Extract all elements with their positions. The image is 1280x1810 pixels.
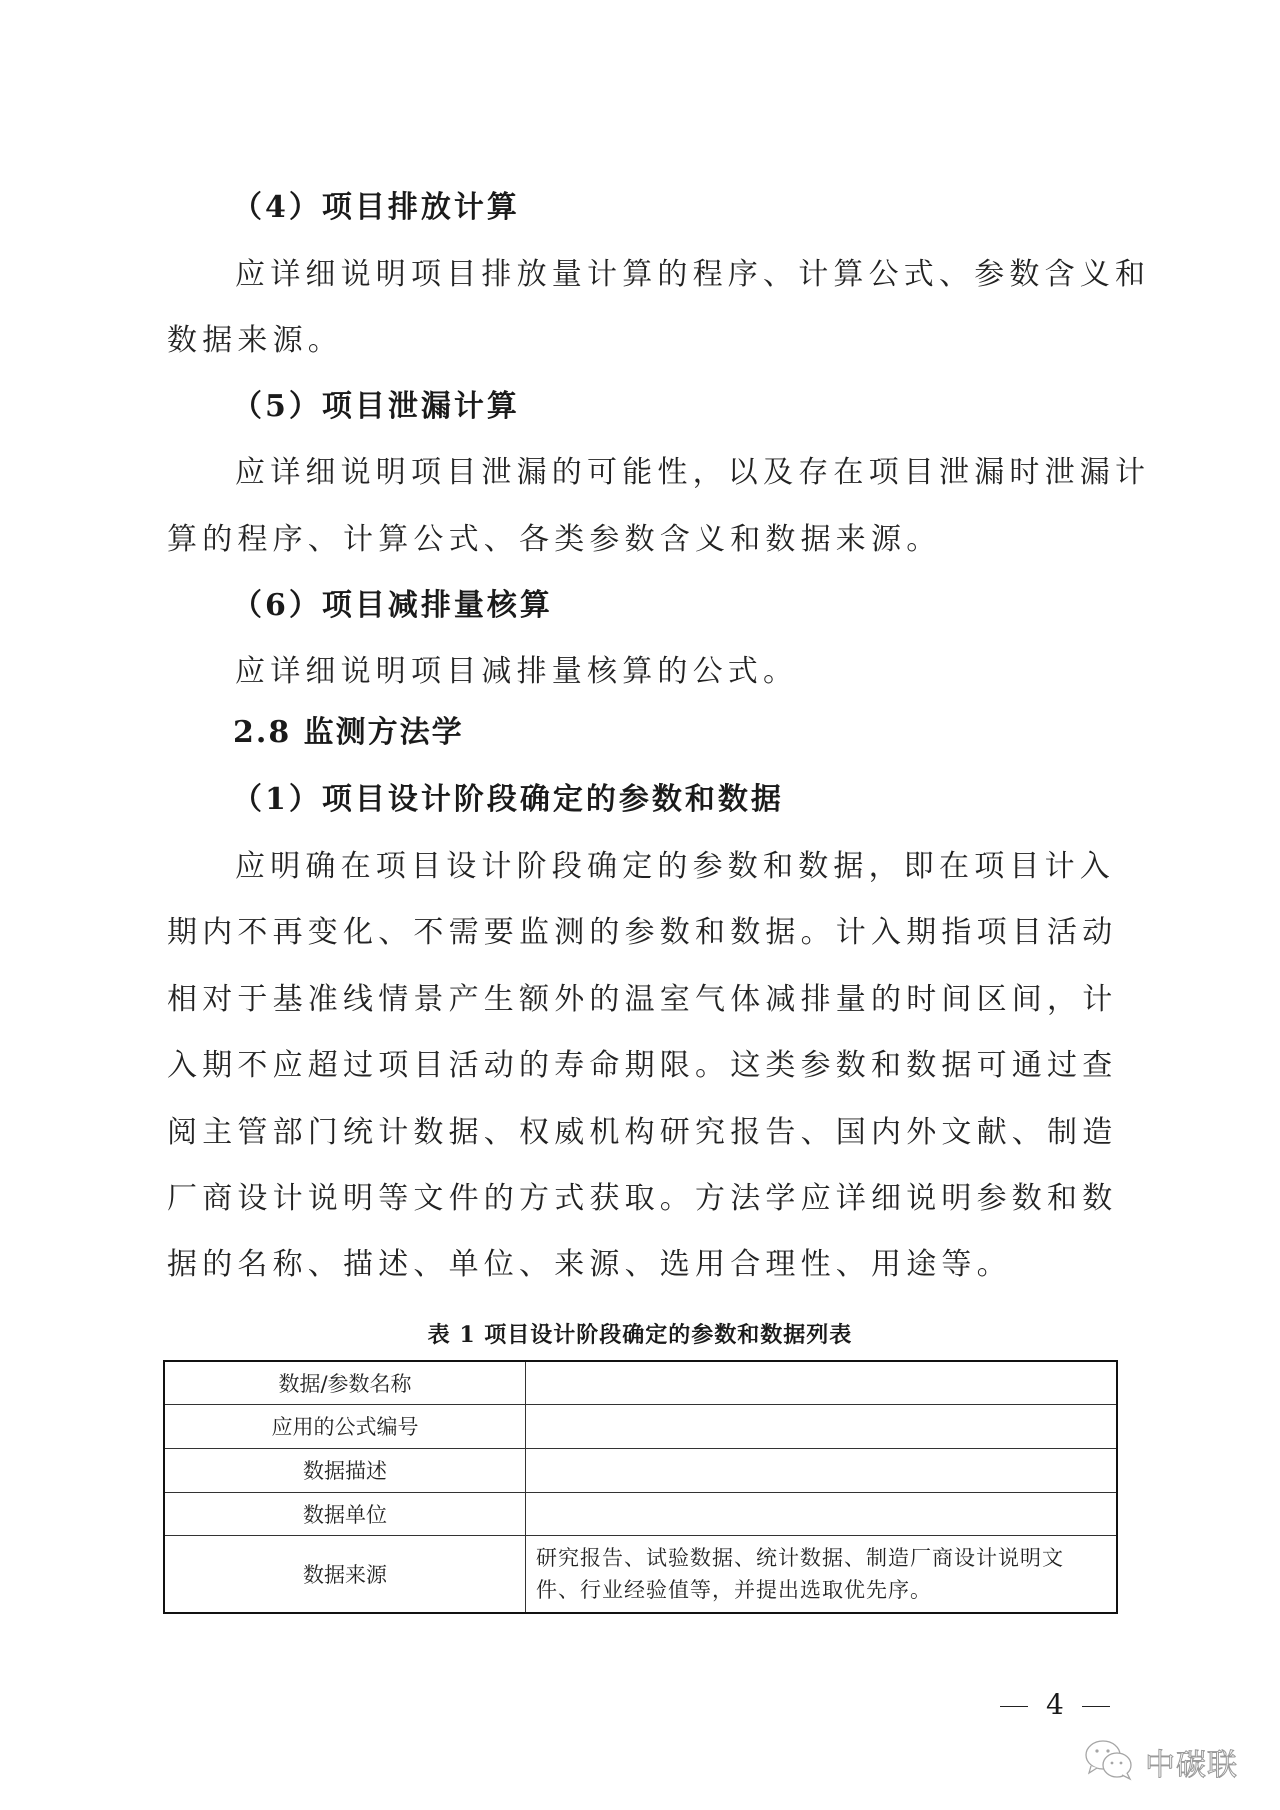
section-4-text-line-1: 应详细说明项目排放量计算的程序、计算公式、参数含义和 <box>235 255 1122 295</box>
wechat-icon <box>1083 1738 1135 1786</box>
watermark-text: 中碳联 <box>1145 1740 1238 1784</box>
section-5-heading: （5）项目泄漏计算 <box>232 387 1187 427</box>
section-2-8-heading: 2.8 监测方法学 <box>233 713 1188 753</box>
row-label: 数据描述 <box>164 1448 526 1492</box>
table-caption: 表 1 项目设计阶段确定的参数和数据列表 <box>0 1318 1280 1349</box>
para-line-1: 应明确在项目设计阶段确定的参数和数据，即在项目计入 <box>235 847 1122 887</box>
row-value <box>526 1492 1118 1535</box>
row-value <box>526 1404 1118 1448</box>
section-2-8-1-heading: （1）项目设计阶段确定的参数和数据 <box>232 780 1187 820</box>
section-4-heading: （4）项目排放计算 <box>232 188 1187 228</box>
page-number-value: 4 <box>1046 1688 1064 1721</box>
table-row: 数据单位 <box>164 1492 1117 1535</box>
row-label: 数据单位 <box>164 1492 526 1535</box>
dash-right <box>1082 1706 1110 1707</box>
table-row: 数据来源 研究报告、试验数据、统计数据、制造厂商设计说明文件、行业经验值等，并提… <box>164 1535 1117 1613</box>
para-line-7: 据的名称、描述、单位、来源、选用合理性、用途等。 <box>167 1245 1122 1285</box>
section-6-heading: （6）项目减排量核算 <box>232 586 1187 626</box>
section-5-text-line-2: 算的程序、计算公式、各类参数含义和数据来源。 <box>167 520 1122 560</box>
para-line-2: 期内不再变化、不需要监测的参数和数据。计入期指项目活动 <box>167 913 1122 953</box>
row-label: 数据/参数名称 <box>164 1361 526 1404</box>
row-label: 应用的公式编号 <box>164 1404 526 1448</box>
para-line-3: 相对于基准线情景产生额外的温室气体减排量的时间区间，计 <box>167 980 1122 1020</box>
para-line-6: 厂商设计说明等文件的方式获取。方法学应详细说明参数和数 <box>167 1179 1122 1219</box>
section-4-text-line-2: 数据来源。 <box>167 321 1122 361</box>
para-line-4: 入期不应超过项目活动的寿命期限。这类参数和数据可通过查 <box>167 1046 1122 1086</box>
parameters-table: 数据/参数名称 应用的公式编号 数据描述 数据单位 数据来源 研究报告、试验数据… <box>163 1360 1118 1614</box>
table-row: 应用的公式编号 <box>164 1404 1117 1448</box>
section-5-text-line-1: 应详细说明项目泄漏的可能性，以及存在项目泄漏时泄漏计 <box>235 453 1122 493</box>
dash-left <box>1000 1706 1028 1707</box>
table-row: 数据/参数名称 <box>164 1361 1117 1404</box>
row-value <box>526 1448 1118 1492</box>
row-value: 研究报告、试验数据、统计数据、制造厂商设计说明文件、行业经验值等，并提出选取优先… <box>526 1535 1118 1613</box>
row-value <box>526 1361 1118 1404</box>
table-row: 数据描述 <box>164 1448 1117 1492</box>
section-6-text-line-1: 应详细说明项目减排量核算的公式。 <box>235 652 1122 692</box>
para-line-5: 阅主管部门统计数据、权威机构研究报告、国内外文献、制造 <box>167 1113 1122 1153</box>
row-label: 数据来源 <box>164 1535 526 1613</box>
page-number: 4 <box>1000 1688 1110 1721</box>
watermark: 中碳联 <box>1083 1738 1238 1786</box>
